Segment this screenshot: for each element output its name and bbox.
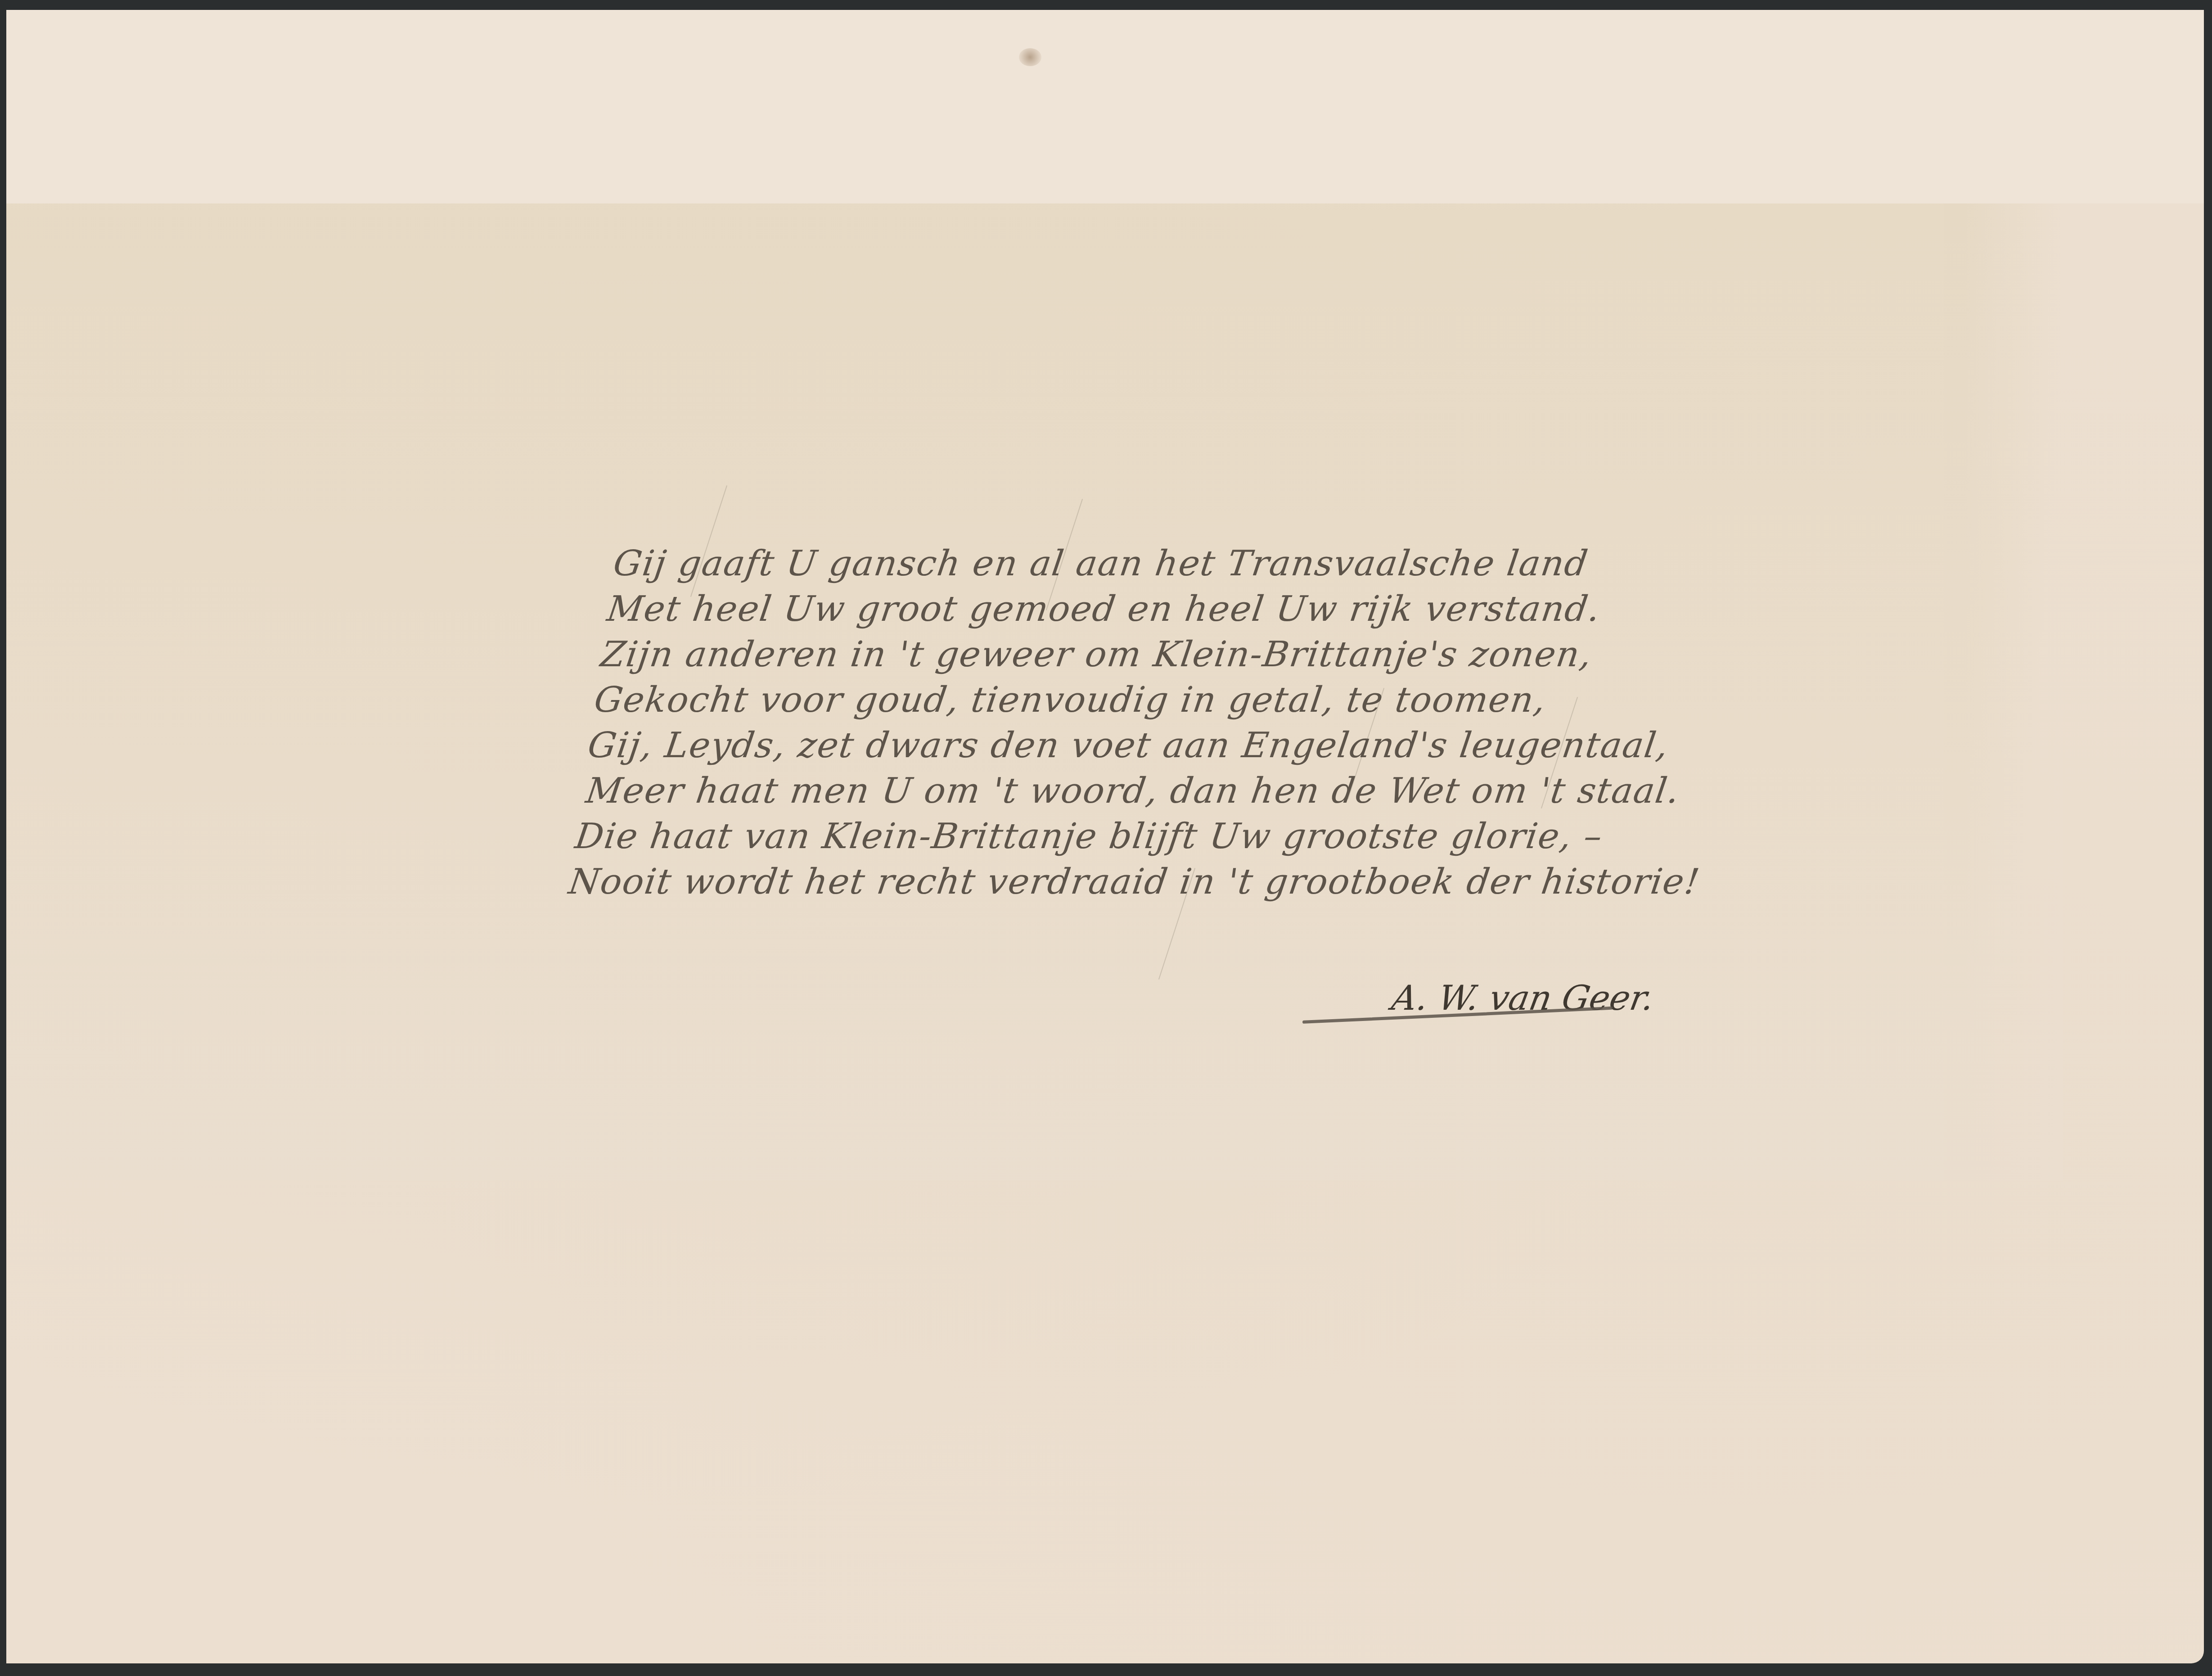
paper-sheet: Gij gaaft U gansch en al aan het Transva… xyxy=(6,10,2204,1663)
poem-line-4: Gekocht voor goud, tienvoudig in getal, … xyxy=(591,678,1678,723)
poem-line-5: Gij, Leyds, zet dwars den voet aan Engel… xyxy=(585,723,1671,768)
poem-line-2: Met heel Uw groot gemoed en heel Uw rijk… xyxy=(604,587,1690,632)
poem-line-8: Nooit wordt het recht verdraaid in 't gr… xyxy=(566,859,1652,905)
poem-block: Gij gaaft U gansch en al aan het Transva… xyxy=(566,541,1697,905)
poem-line-6: Meer haat men U om 't woord, dan hen de … xyxy=(583,768,1665,814)
poem-line-1: Gij gaaft U gansch en al aan het Transva… xyxy=(611,541,1697,587)
ink-stain-mark xyxy=(1019,48,1041,66)
poem-line-7: Die haat van Klein-Brittanje blijft Uw g… xyxy=(572,814,1658,859)
paper-top-band xyxy=(6,10,2204,203)
poem-line-3: Zijn anderen in 't geweer om Klein-Britt… xyxy=(598,632,1684,678)
scanned-document: Gij gaaft U gansch en al aan het Transva… xyxy=(0,0,2212,1676)
